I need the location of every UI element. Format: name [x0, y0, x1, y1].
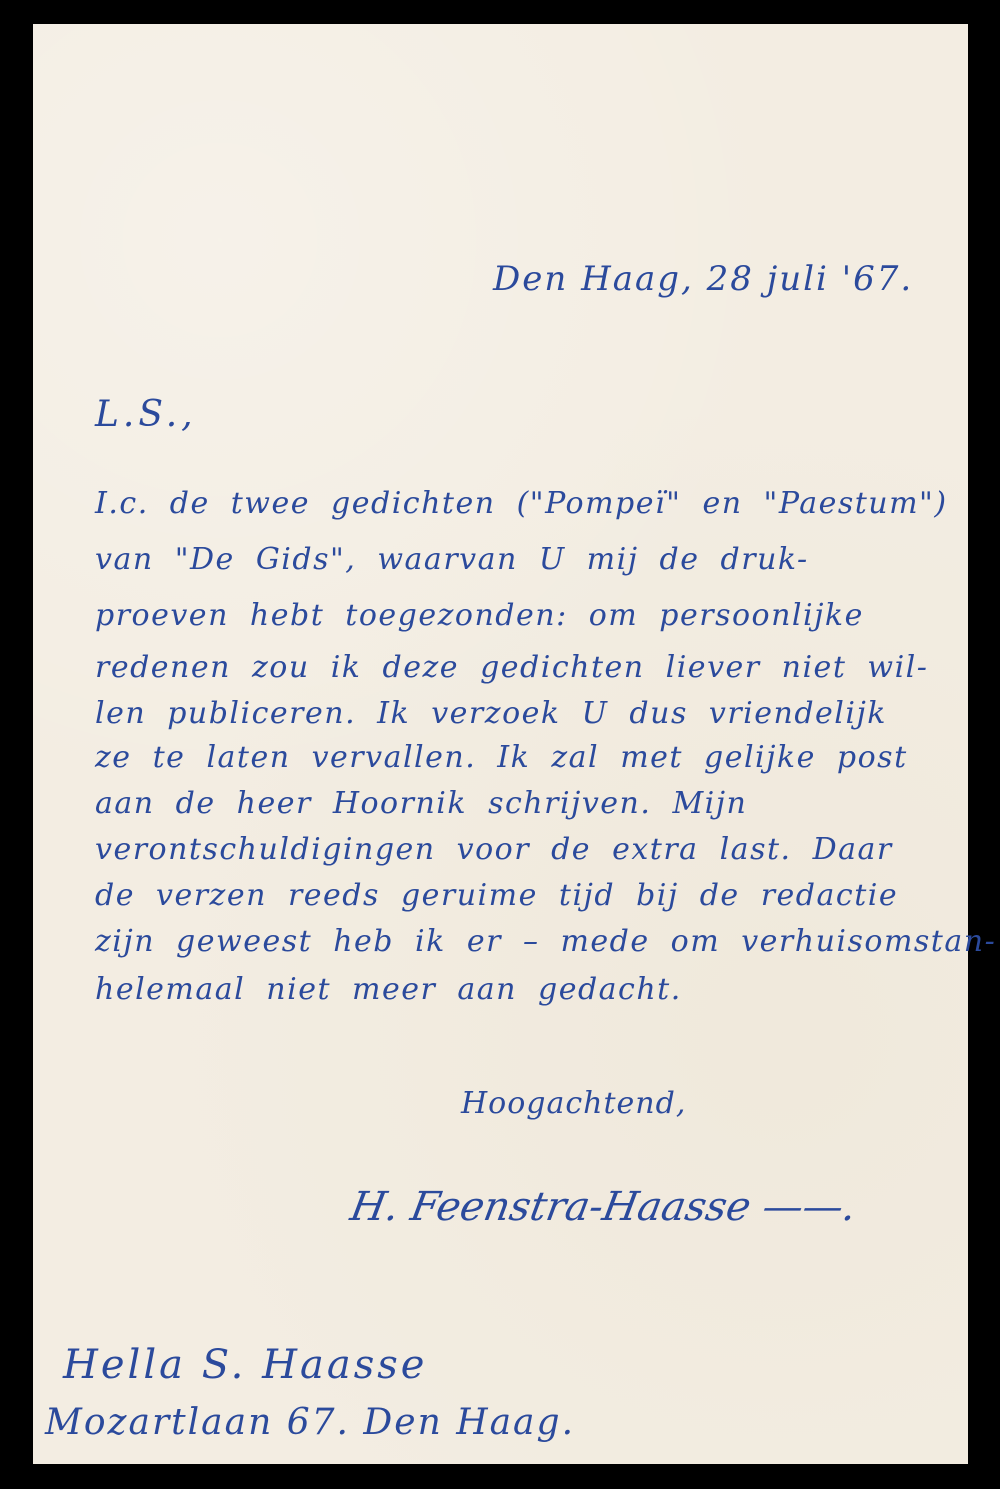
- body-line: verontschuldigingen voor de extra last. …: [95, 832, 893, 867]
- body-line: helemaal niet meer aan gedacht.: [95, 972, 682, 1007]
- sender-name: Hella S. Haasse: [63, 1342, 427, 1388]
- body-line: len publiceren. Ik verzoek U dus vriende…: [95, 696, 887, 731]
- body-line: proeven hebt toegezonden: om persoonlijk…: [95, 598, 864, 633]
- body-line: I.c. de twee gedichten ("Pompeï" en "Pae…: [95, 486, 948, 521]
- date-line: Den Haag, 28 juli '67.: [493, 259, 913, 299]
- salutation: L.S.,: [95, 394, 197, 435]
- sender-address: Mozartlaan 67. Den Haag.: [45, 1402, 575, 1443]
- letter-paper: Den Haag, 28 juli '67. L.S., I.c. de twe…: [33, 24, 968, 1464]
- body-line: redenen zou ik deze gedichten liever nie…: [95, 650, 928, 685]
- body-line: ze te laten vervallen. Ik zal met gelijk…: [95, 740, 908, 775]
- signature: H. Feenstra-Haasse ——.: [347, 1184, 860, 1230]
- body-line: zijn geweest heb ik er – mede om verhuis…: [95, 924, 996, 959]
- body-line: aan de heer Hoornik schrijven. Mijn: [95, 786, 747, 821]
- body-line: de verzen reeds geruime tijd bij de reda…: [95, 878, 898, 913]
- closing: Hoogachtend,: [461, 1086, 686, 1121]
- body-line: van "De Gids", waarvan U mij de druk-: [95, 542, 809, 577]
